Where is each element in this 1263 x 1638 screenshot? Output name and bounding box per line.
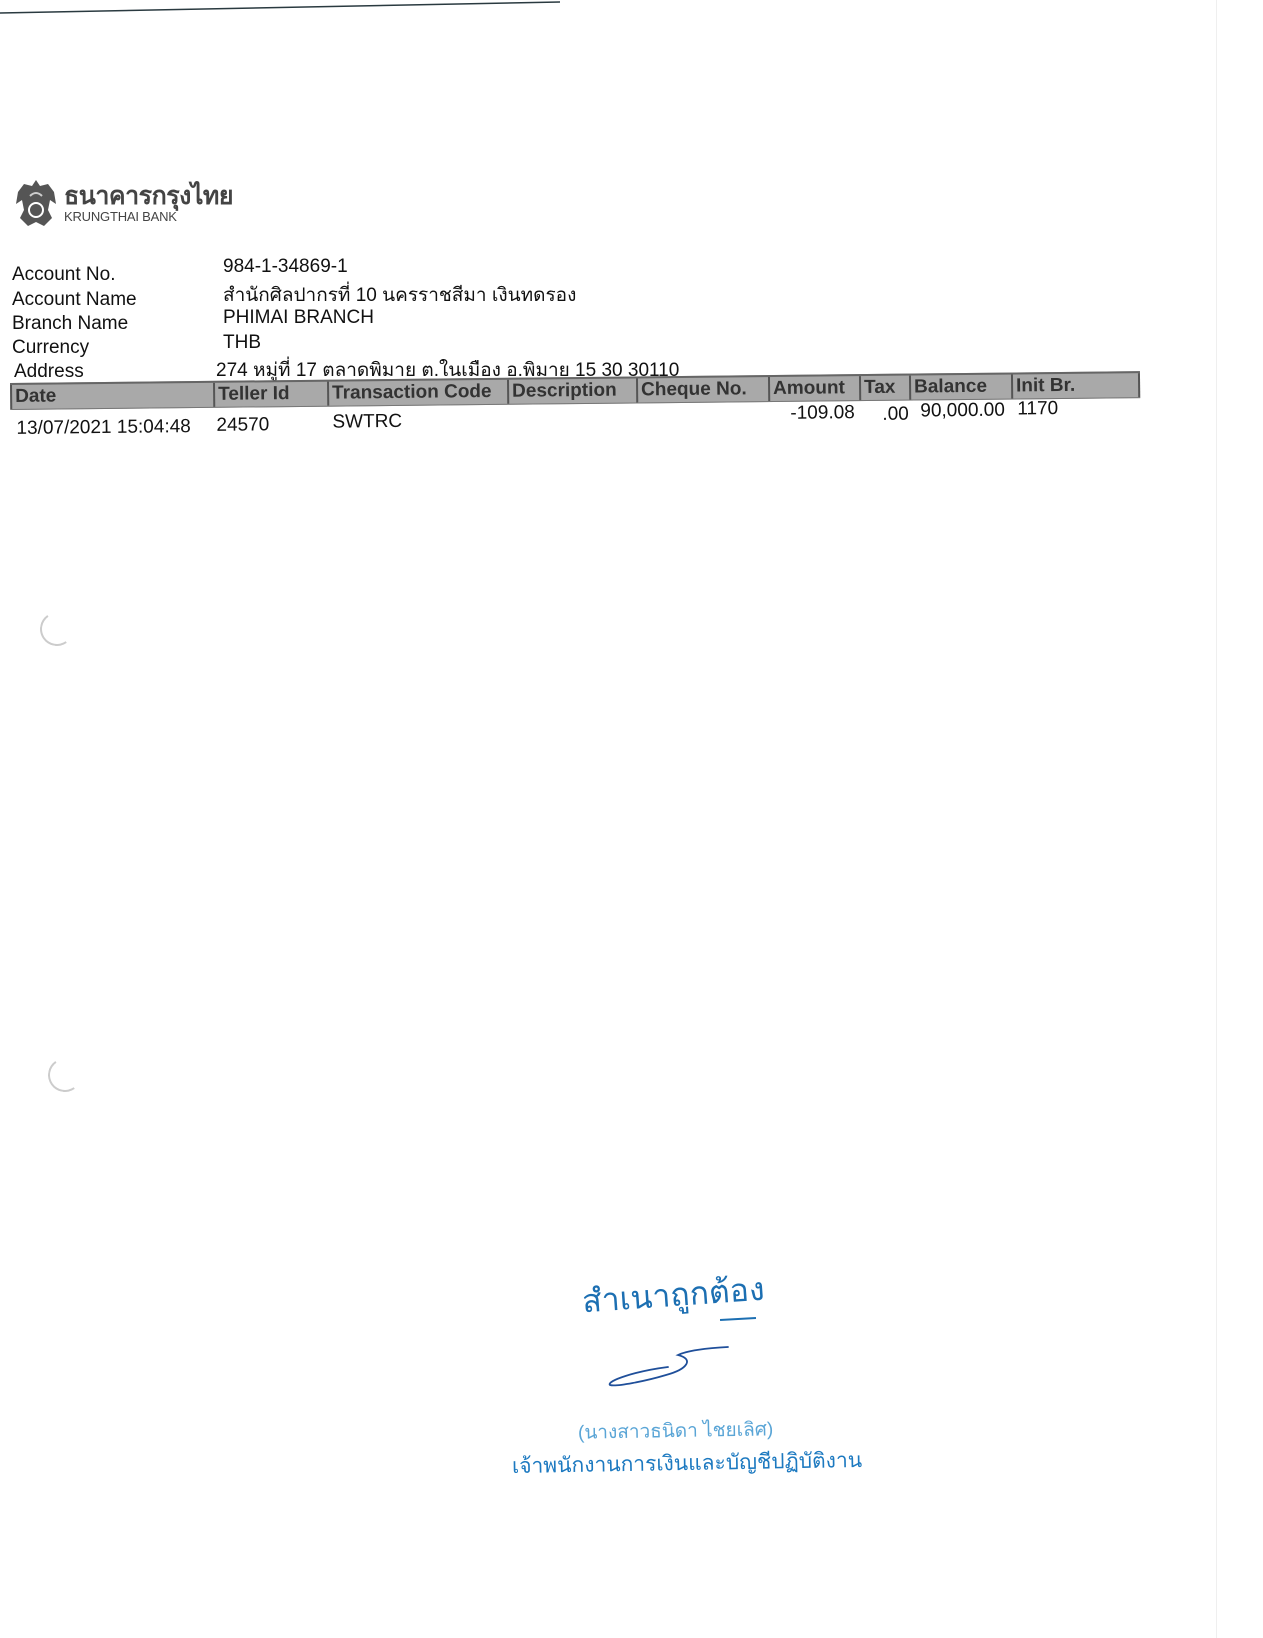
cell-teller-id: 24570 (216, 414, 269, 437)
punch-hole-mark (37, 609, 76, 648)
col-transaction-code: Transaction Code (327, 380, 492, 406)
bank-logo: ธนาคารกรุงไทย KRUNGTHAI BANK (14, 176, 233, 230)
col-balance: Balance (909, 375, 987, 400)
currency-value: THB (223, 332, 261, 354)
cell-amount: -109.08 (790, 402, 855, 425)
bank-name-thai: ธนาคารกรุงไทย (64, 183, 233, 209)
account-no-value: 984-1-34869-1 (223, 256, 348, 278)
col-date: Date (10, 385, 56, 409)
stamp-underline (720, 1317, 756, 1321)
col-amount: Amount (768, 376, 845, 401)
signer-title: เจ้าพนักงานการเงินและบัญชีปฏิบัติงาน (512, 1444, 863, 1483)
scan-right-edge (1216, 0, 1217, 1638)
branch-name-label: Branch Name (12, 313, 128, 335)
signer-name: (นางสาวธนิดา ไชยเลิศ) (578, 1414, 774, 1447)
account-name-label: Account Name (12, 289, 137, 311)
col-cheque-no: Cheque No. (636, 377, 747, 402)
punch-hole-mark (45, 1055, 84, 1094)
col-tax: Tax (859, 376, 896, 400)
currency-label: Currency (12, 337, 89, 359)
garuda-emblem-icon (14, 176, 58, 230)
col-init-br: Init Br. (1011, 373, 1140, 398)
branch-name-value: PHIMAI BRANCH (223, 307, 374, 329)
cell-balance: 90,000.00 (920, 400, 1005, 423)
cell-date: 13/07/2021 15:04:48 (16, 416, 191, 440)
signature (606, 1345, 756, 1405)
cell-tax: .00 (882, 404, 909, 426)
scan-edge-line (0, 0, 560, 14)
col-description: Description (507, 379, 617, 404)
cell-init-br: 1170 (1017, 398, 1058, 420)
cell-transaction-code: SWTRC (332, 411, 402, 434)
account-no-label: Account No. (12, 264, 116, 286)
bank-name-en: KRUNGTHAI BANK (64, 209, 233, 224)
address-label: Address (14, 361, 84, 383)
account-name-value: สำนักศิลปากรที่ 10 นครราชสีมา เงินทดรอง (223, 280, 576, 310)
transactions-table: Date Teller Id Transaction Code Descript… (10, 371, 1140, 436)
col-teller-id: Teller Id (213, 382, 290, 407)
